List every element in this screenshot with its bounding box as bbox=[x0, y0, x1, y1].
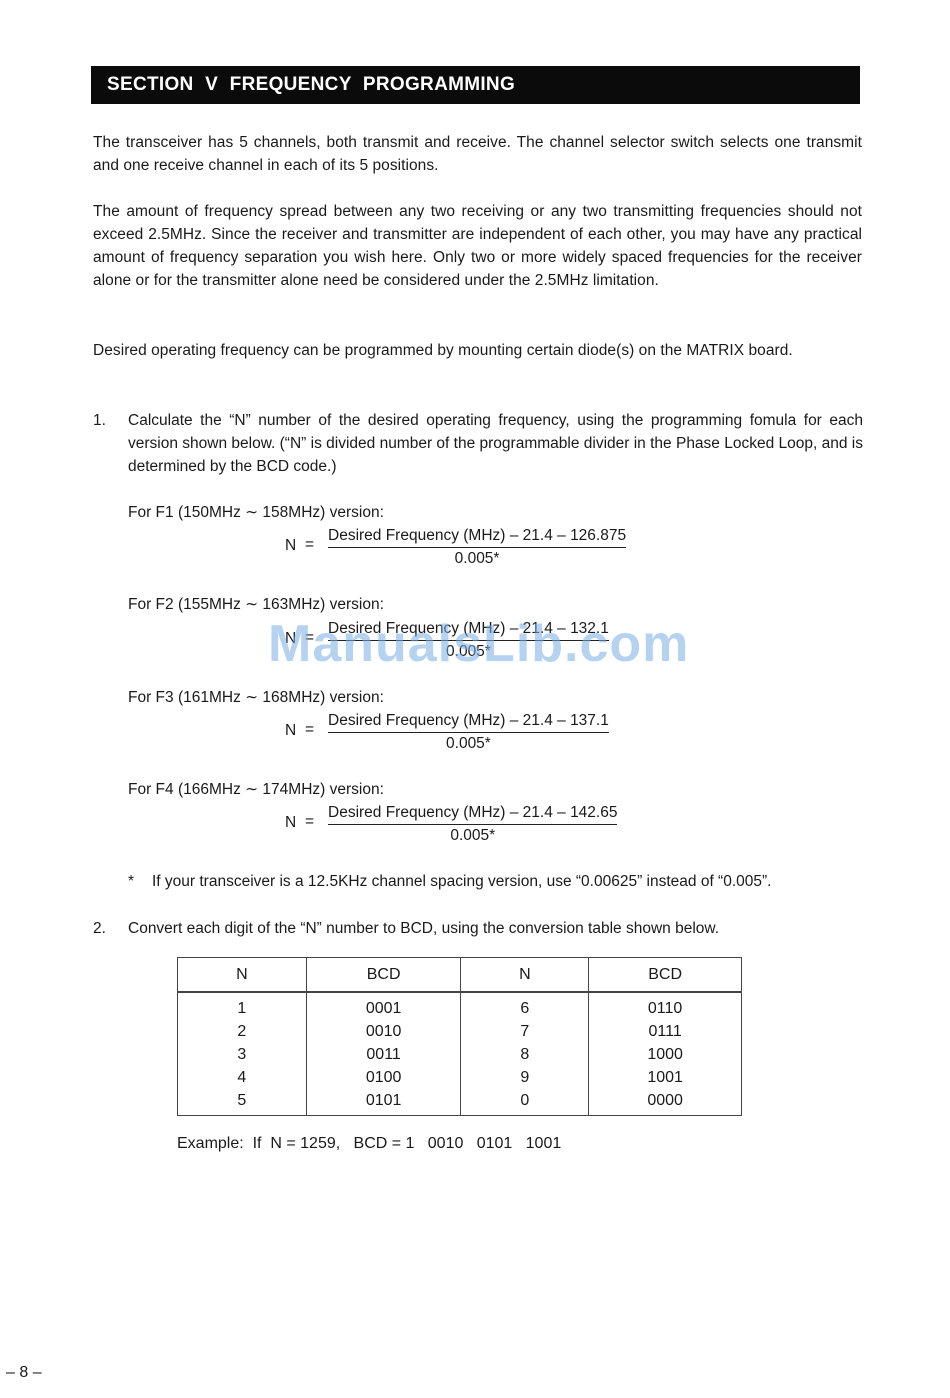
table-row: 3 0011 8 1000 bbox=[178, 1043, 742, 1066]
cell-n: 9 bbox=[461, 1066, 589, 1089]
formula-numerator: Desired Frequency (MHz) – 21.4 – 126.875 bbox=[328, 526, 626, 548]
formula-equals: = bbox=[305, 629, 314, 647]
formula-fraction: Desired Frequency (MHz) – 21.4 – 137.1 0… bbox=[328, 711, 609, 755]
table-row: 5 0101 0 0000 bbox=[178, 1089, 742, 1116]
formula-n-label: N bbox=[285, 537, 296, 555]
spread-paragraph: The amount of frequency spread between a… bbox=[93, 200, 862, 292]
cell-bcd: 0110 bbox=[589, 992, 742, 1020]
cell-n: 2 bbox=[178, 1020, 307, 1043]
formula-denominator: 0.005* bbox=[328, 733, 609, 755]
formula-equals: = bbox=[305, 721, 314, 739]
formula-version-f2: For F2 (155MHz ∼ 163MHz) version: bbox=[128, 595, 384, 615]
cell-bcd: 0000 bbox=[589, 1089, 742, 1116]
footnote-text: If your transceiver is a 12.5KHz channel… bbox=[152, 873, 771, 890]
footnote: *If your transceiver is a 12.5KHz channe… bbox=[128, 872, 771, 892]
formula-fraction: Desired Frequency (MHz) – 21.4 – 126.875… bbox=[328, 526, 626, 570]
table-row: 1 0001 6 0110 bbox=[178, 992, 742, 1020]
formula-denominator: 0.005* bbox=[328, 548, 626, 570]
intro-paragraph: The transceiver has 5 channels, both tra… bbox=[93, 131, 862, 177]
formula-denominator: 0.005* bbox=[328, 641, 609, 663]
cell-bcd: 1001 bbox=[589, 1066, 742, 1089]
formula-n-label: N bbox=[285, 722, 296, 740]
section-title: SECTION V FREQUENCY PROGRAMMING bbox=[107, 74, 515, 96]
step-1: 1. Calculate the “N” number of the desir… bbox=[93, 409, 863, 478]
formula-fraction: Desired Frequency (MHz) – 21.4 – 142.65 … bbox=[328, 803, 617, 847]
formula-fraction: Desired Frequency (MHz) – 21.4 – 132.1 0… bbox=[328, 619, 609, 663]
page-number: – 8 – bbox=[6, 1364, 42, 1382]
header-n: N bbox=[178, 958, 307, 993]
table-row: 4 0100 9 1001 bbox=[178, 1066, 742, 1089]
matrix-paragraph: Desired operating frequency can be progr… bbox=[93, 339, 862, 362]
cell-n: 3 bbox=[178, 1043, 307, 1066]
header-bcd: BCD bbox=[589, 958, 742, 993]
cell-n: 8 bbox=[461, 1043, 589, 1066]
bcd-conversion-table: N BCD N BCD 1 0001 6 0110 2 0010 7 0111 … bbox=[177, 957, 742, 1116]
table-header-row: N BCD N BCD bbox=[178, 958, 742, 993]
formula-denominator: 0.005* bbox=[328, 825, 617, 847]
footnote-marker: * bbox=[128, 872, 152, 892]
formula-numerator: Desired Frequency (MHz) – 21.4 – 142.65 bbox=[328, 803, 617, 825]
cell-bcd: 0101 bbox=[306, 1089, 461, 1116]
formula-n-label: N bbox=[285, 814, 296, 832]
cell-n: 1 bbox=[178, 992, 307, 1020]
bcd-example: Example: If N = 1259, BCD = 1 0010 0101 … bbox=[177, 1135, 561, 1153]
cell-bcd: 0001 bbox=[306, 992, 461, 1020]
step-text: Calculate the “N” number of the desired … bbox=[128, 409, 863, 478]
step-number: 1. bbox=[93, 409, 106, 432]
formula-n-label: N bbox=[285, 630, 296, 648]
cell-n: 0 bbox=[461, 1089, 589, 1116]
formula-equals: = bbox=[305, 536, 314, 554]
formula-version-f4: For F4 (166MHz ∼ 174MHz) version: bbox=[128, 780, 384, 800]
step-text: Convert each digit of the “N” number to … bbox=[128, 917, 863, 940]
formula-equals: = bbox=[305, 813, 314, 831]
formula-numerator: Desired Frequency (MHz) – 21.4 – 137.1 bbox=[328, 711, 609, 733]
formula-version-f3: For F3 (161MHz ∼ 168MHz) version: bbox=[128, 688, 384, 708]
cell-bcd: 0100 bbox=[306, 1066, 461, 1089]
cell-n: 5 bbox=[178, 1089, 307, 1116]
section-header: SECTION V FREQUENCY PROGRAMMING bbox=[91, 66, 860, 104]
cell-n: 6 bbox=[461, 992, 589, 1020]
header-n: N bbox=[461, 958, 589, 993]
cell-bcd: 0111 bbox=[589, 1020, 742, 1043]
header-bcd: BCD bbox=[306, 958, 461, 993]
step-number: 2. bbox=[93, 917, 106, 940]
cell-bcd: 1000 bbox=[589, 1043, 742, 1066]
formula-version-f1: For F1 (150MHz ∼ 158MHz) version: bbox=[128, 503, 384, 523]
cell-n: 7 bbox=[461, 1020, 589, 1043]
formula-numerator: Desired Frequency (MHz) – 21.4 – 132.1 bbox=[328, 619, 609, 641]
cell-bcd: 0010 bbox=[306, 1020, 461, 1043]
step-2: 2. Convert each digit of the “N” number … bbox=[93, 917, 863, 940]
table-row: 2 0010 7 0111 bbox=[178, 1020, 742, 1043]
cell-n: 4 bbox=[178, 1066, 307, 1089]
cell-bcd: 0011 bbox=[306, 1043, 461, 1066]
